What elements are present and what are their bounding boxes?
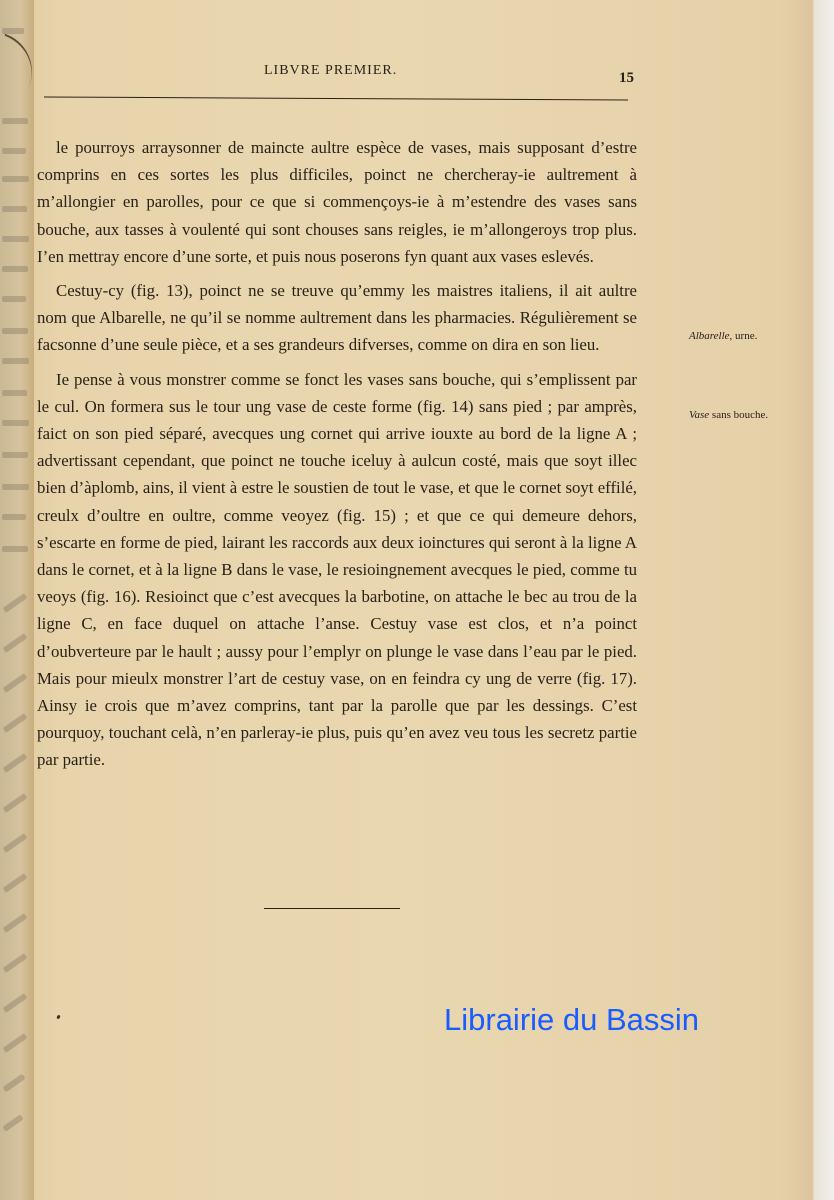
facing-page-edge xyxy=(0,0,34,1200)
paragraph: Ie pense à vous monstrer comme se fonct … xyxy=(37,366,637,774)
running-head: LIBVRE PREMIER. xyxy=(264,63,397,79)
bleed-through-line xyxy=(3,913,28,933)
body-text: le pourroys arraysonner de maincte aultr… xyxy=(37,134,637,781)
margin-note-vase-sans-bouche: Vase sans bouche. xyxy=(689,409,768,421)
bleed-through-line xyxy=(2,1114,23,1132)
margin-note-text: sans bouche. xyxy=(709,409,768,421)
bleed-through-line xyxy=(2,206,27,212)
bleed-through-line xyxy=(3,833,28,853)
bleed-through-line xyxy=(2,176,29,182)
bleed-through-line xyxy=(2,546,28,552)
bleed-through-line xyxy=(2,148,26,154)
page-number: 15 xyxy=(619,70,634,87)
bleed-through-line xyxy=(2,420,29,426)
bleed-through-line xyxy=(2,1074,25,1093)
bleed-through-line xyxy=(2,296,26,302)
bleed-through-line xyxy=(2,266,28,272)
section-end-rule xyxy=(264,908,400,909)
bleed-through-line xyxy=(2,484,29,490)
margin-note-text: , urne. xyxy=(730,330,758,342)
bleed-through-line xyxy=(3,713,28,733)
bleed-through-line xyxy=(2,514,26,520)
bleed-through-line xyxy=(2,28,24,34)
paragraph: le pourroys arraysonner de maincte aultr… xyxy=(37,134,637,270)
bleed-through-line xyxy=(2,390,27,396)
margin-note-albarelle: Albarelle, urne. xyxy=(689,330,757,342)
paragraph: Cestuy-cy (fig. 13), poinct ne se treuve… xyxy=(37,277,637,359)
ink-speck xyxy=(56,1015,61,1020)
margin-note-term: Albarelle xyxy=(689,330,730,342)
bleed-through-line xyxy=(3,633,28,653)
bleed-through-line xyxy=(2,118,28,124)
bleed-through-line xyxy=(3,753,28,773)
bleed-through-line xyxy=(3,1033,28,1053)
book-page: LIBVRE PREMIER. 15 le pourroys arraysonn… xyxy=(0,0,834,1200)
bleed-through-line xyxy=(3,793,28,813)
bleed-through-line xyxy=(2,328,28,334)
bleed-through-line xyxy=(3,953,28,973)
bleed-through-line xyxy=(3,673,28,693)
seller-watermark: Librairie du Bassin xyxy=(444,1002,699,1038)
header-rule xyxy=(44,96,628,100)
margin-note-term: Vase xyxy=(689,409,709,421)
bleed-through-line xyxy=(3,593,28,613)
bleed-through-line xyxy=(3,873,28,893)
bleed-through-line xyxy=(2,358,29,364)
bleed-through-line xyxy=(2,236,29,242)
bleed-through-line xyxy=(2,452,28,458)
page-curl xyxy=(0,34,45,109)
bleed-through-line xyxy=(3,993,28,1013)
